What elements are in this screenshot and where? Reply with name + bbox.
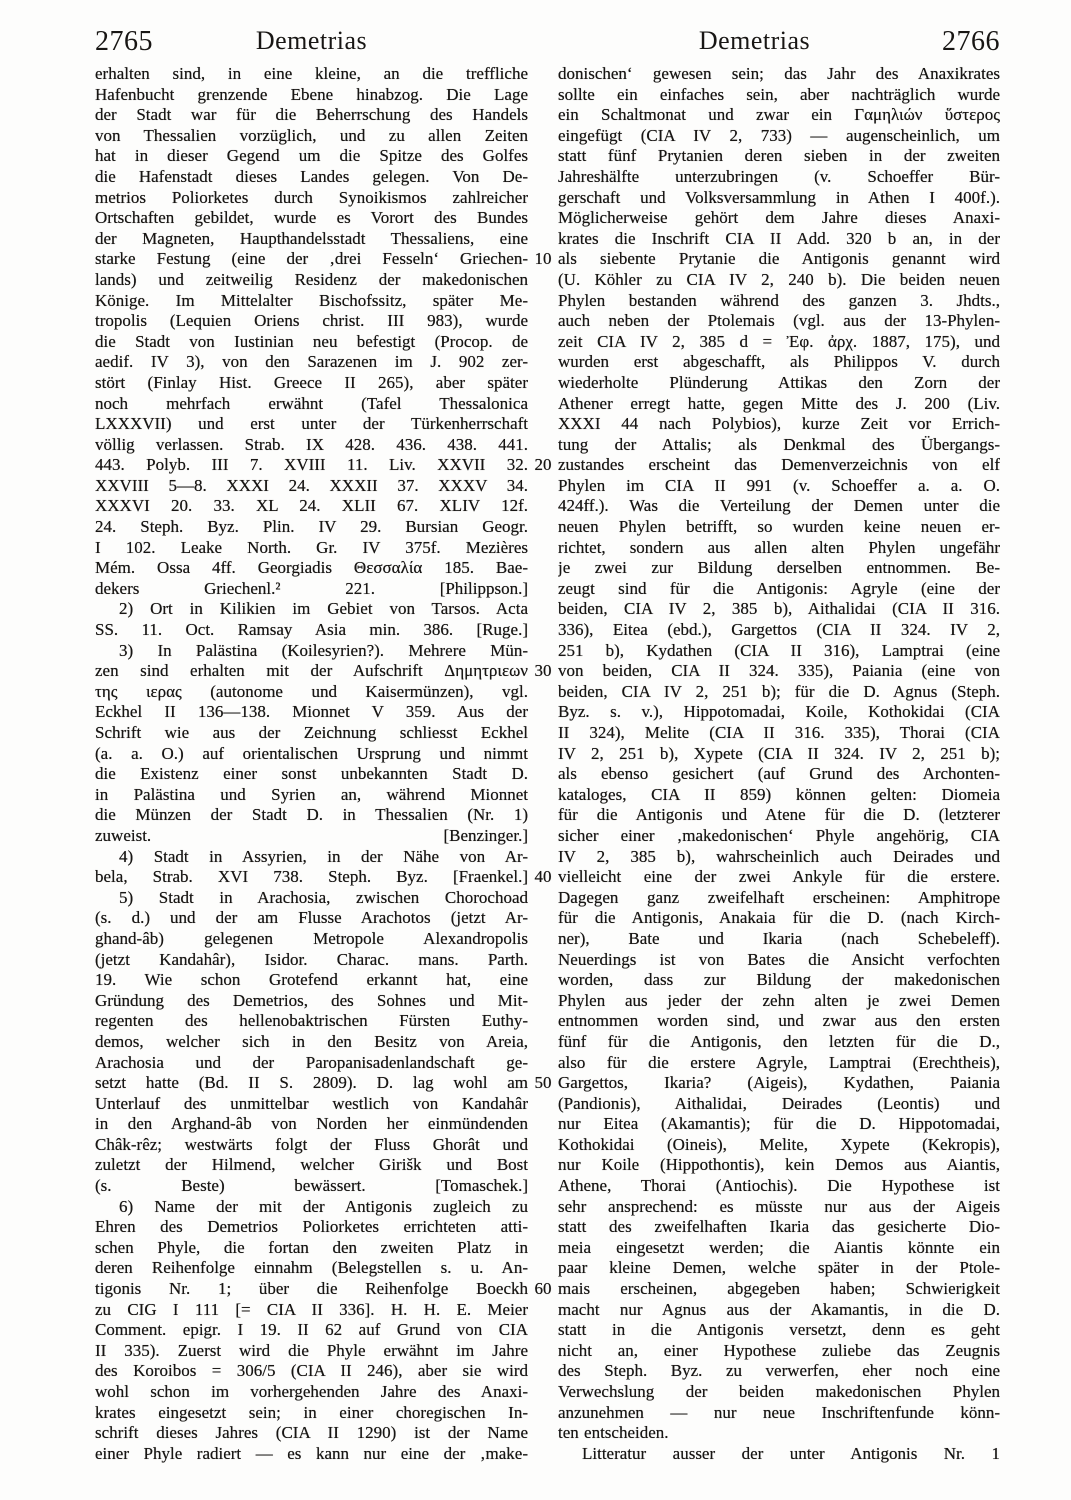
- text-line: II 324), Melite (CIA II 316. 335), Thora…: [558, 723, 1000, 744]
- text-line: Mém. Ossa 4ff. Georgiadis Θεσσαλία 185. …: [95, 558, 528, 579]
- text-line: stört (Finlay Hist. Greece II 265), aber…: [95, 373, 528, 394]
- text-line: (s. d.) und der am Flusse Arachotos (jet…: [95, 908, 528, 929]
- text-line: wurden erst abgeschafft, als Philippos V…: [558, 352, 1000, 373]
- text-line: Schrift wie aus der Zeichnung schliesst …: [95, 723, 528, 744]
- text-line: von beiden, CIA II 324. 335), Paiania (e…: [558, 661, 1000, 682]
- text-line: Phylen im CIA II 991 (v. Schoeffer a. a.…: [558, 476, 1000, 497]
- text-line: wiederholte Plünderung Attikas den Zorn …: [558, 373, 1000, 394]
- text-line: IV 2, 385 b), wahrscheinlich auch Deirad…: [558, 847, 1000, 868]
- text-line: krates die Inschrift CIA II Add. 320 b a…: [558, 229, 1000, 250]
- text-line: Ortschaften gebildet, wurde es Vorort de…: [95, 208, 528, 229]
- text-line: für die Antigonis, Anakaia für die D. (n…: [558, 908, 1000, 929]
- text-line: auch neben der Ptolemais (vgl. aus der 1…: [558, 311, 1000, 332]
- text-line: von Thessalien vorzüglich, und zu allen …: [95, 126, 528, 147]
- text-line: XXXVI 20. 33. XL 24. XLII 67. XLIV 12f.: [95, 496, 528, 517]
- text-line: Könige. Im Mittelalter Bischofssitz, spä…: [95, 291, 528, 312]
- text-line: Eckhel II 136—138. Mionnet V 359. Aus de…: [95, 702, 528, 723]
- text-line: Jahreshälfte unterzubringen (v. Schoeffe…: [558, 167, 1000, 188]
- gutter-line-number: 30: [526, 661, 560, 682]
- gutter-line-number: 60: [526, 1279, 560, 1300]
- text-line: neuen Phylen betrifft, so wurden keine n…: [558, 517, 1000, 538]
- column-right: donischen‘ gewesen sein; das Jahr des An…: [558, 64, 1000, 1464]
- text-line: tigonis Nr. 1; über die Reihenfolge Boec…: [95, 1279, 528, 1300]
- text-line: ghand-âb) gelegenen Metropole Alexandrop…: [95, 929, 528, 950]
- text-line: statt fünf Prytanien deren sieben in der…: [558, 146, 1000, 167]
- text-line: demos, welcher sich in den Besitz von Ar…: [95, 1032, 528, 1053]
- text-line: XXXI 44 nach Polybios), kurze Zeit vor E…: [558, 414, 1000, 435]
- text-line: Comment. epigr. I 19. II 62 auf Grund vo…: [95, 1320, 528, 1341]
- text-line: zen sind erhalten mit der Aufschrift Δημ…: [95, 661, 528, 682]
- text-line: 19. Wie schon Grotefend erkannt hat, ein…: [95, 970, 528, 991]
- text-line: Möglicherweise gehört dem Jahre dieses A…: [558, 208, 1000, 229]
- text-line: Phylen bestanden während des ganzen 3. J…: [558, 291, 1000, 312]
- text-line: krates eingesetzt sein; in einer choregi…: [95, 1403, 528, 1424]
- text-line: Verwechslung der beiden makedonischen Ph…: [558, 1382, 1000, 1403]
- text-line: IV 2, 251 b), Xypete (CIA II 324. IV 2, …: [558, 744, 1000, 765]
- text-line: metrios Poliorketes durch Synoikismos za…: [95, 188, 528, 209]
- text-line: (U. Köhler zu CIA IV 2, 240 b). Die beid…: [558, 270, 1000, 291]
- text-line: sicher einer ‚makedonischen‘ Phyle angeh…: [558, 826, 1000, 847]
- text-line: gerschaft und Volksversammlung in Athen …: [558, 188, 1000, 209]
- text-line: 251 b), Kydathen (CIA II 316), Lamptrai …: [558, 641, 1000, 662]
- text-line: 424ff.). Was die Verteilung der Demen un…: [558, 496, 1000, 517]
- text-line: wohl schon im vorhergehenden Jahre des A…: [95, 1382, 528, 1403]
- text-line: starke Festung (eine der ‚drei Fesseln‘ …: [95, 249, 528, 270]
- text-line: beiden, CIA IV 2, 251 b); für die D. Agn…: [558, 682, 1000, 703]
- text-line: (a. a. O.) auf orientalischen Ursprung u…: [95, 744, 528, 765]
- text-line: vielleicht eine der zwei Ankyle für die …: [558, 867, 1000, 888]
- text-line: als ebenso gesichert (auf Grund des Arch…: [558, 764, 1000, 785]
- text-line: Byz. s. v.), Hippotomadai, Koile, Kothok…: [558, 702, 1000, 723]
- text-line: nur Koile (Hippothontis), kein Demos aus…: [558, 1155, 1000, 1176]
- text-line: I 102. Leake North. Gr. IV 375f. Mezière…: [95, 538, 528, 559]
- text-line: die Münzen der Stadt D. in Thessalien (N…: [95, 805, 528, 826]
- text-line: aedif. IV 3), von den Sarazenen im J. 90…: [95, 352, 528, 373]
- text-line: in Palästina und Syrien an, während Mion…: [95, 785, 528, 806]
- text-line: erhalten sind, in eine kleine, an die tr…: [95, 64, 528, 85]
- text-line: setzt hatte (Bd. II S. 2809). D. lag woh…: [95, 1073, 528, 1094]
- text-line: nicht an, einer Hypothese zuliebe das Ze…: [558, 1341, 1000, 1362]
- text-line: Châk-rêz; westwärts folgt der Fluss Ghor…: [95, 1135, 528, 1156]
- text-line: zuletzt der Hilmend, welcher Girišk und …: [95, 1155, 528, 1176]
- text-line: des Steph. Byz. zu verwerfen, eher noch …: [558, 1361, 1000, 1382]
- text-line: Phylen aus jeder der zehn alten je zwei …: [558, 991, 1000, 1012]
- text-line: sehr ansprechend: es müsste nur aus der …: [558, 1197, 1000, 1218]
- text-line: je zwei zur Bildung derselben entnommen.…: [558, 558, 1000, 579]
- text-line: Athener erregt hatte, gegen Mitte des J.…: [558, 394, 1000, 415]
- text-line: ein Schaltmonat und zwar ein Γαμηλιών ὕσ…: [558, 105, 1000, 126]
- text-line: anzunehmen — nur neue Inschriftenfunde k…: [558, 1403, 1000, 1424]
- text-line: eingefügt (CIA IV 2, 733) — augenscheinl…: [558, 126, 1000, 147]
- text-line: noch mehrfach erwähnt (Tafel Thessalonic…: [95, 394, 528, 415]
- text-line: tropolis (Lequien Oriens christ. III 983…: [95, 311, 528, 332]
- text-line: ten entscheiden.: [558, 1423, 1000, 1444]
- text-line: Litteratur ausser der unter Antigonis Nr…: [558, 1444, 1000, 1465]
- text-line: entnommen worden sind, und zwar aus den …: [558, 1011, 1000, 1032]
- text-line: kataloges, CIA II 859) können gelten: Di…: [558, 785, 1000, 806]
- text-line: mais erscheinen, abgegeben haben; Schwie…: [558, 1279, 1000, 1300]
- text-line: fünf für die Antigonis, den letzten für …: [558, 1032, 1000, 1053]
- text-line: Athene, Thorai (Antiochis). Die Hypothes…: [558, 1176, 1000, 1197]
- text-line: die Stadt von Iustinian neu befestigt (P…: [95, 332, 528, 353]
- text-line: für die Antigonis und Atene für die D. (…: [558, 805, 1000, 826]
- text-line: statt des zweifelhaften Ikaria das gesic…: [558, 1217, 1000, 1238]
- text-line: Dagegen ganz zweifelhaft erscheinen: Amp…: [558, 888, 1000, 909]
- text-line: tung der Attalis; als Denkmal des Überga…: [558, 435, 1000, 456]
- text-line: (Pandionis), Aithalidai, Deirades (Leont…: [558, 1094, 1000, 1115]
- text-line: die Existenz einer sonst unbekannten Sta…: [95, 764, 528, 785]
- text-line: zuweist. [Benzinger.]: [95, 826, 528, 847]
- text-line: SS. 11. Oct. Ramsay Asia min. 386. [Ruge…: [95, 620, 528, 641]
- text-line: schrift dieses Jahres (CIA II 1290) ist …: [95, 1423, 528, 1444]
- text-line: Unterlauf des unmittelbar westlich von K…: [95, 1094, 528, 1115]
- running-head-left: Demetrias: [95, 26, 528, 58]
- text-line: της ιερας (autonome und Kaisermünzen), v…: [95, 682, 528, 703]
- text-line: II 335). Zuerst wird die Phyle erwähnt i…: [95, 1341, 528, 1362]
- text-line: LXXXVII) und erst unter der Türkenherrsc…: [95, 414, 528, 435]
- text-line: einer Phyle radiert — es kann nur eine d…: [95, 1444, 528, 1465]
- text-line: zeugt sind für die Antigonis: Agryle (ei…: [558, 579, 1000, 600]
- text-line: worden, dass zur Bildung der makedonisch…: [558, 970, 1000, 991]
- text-line: lands) und zeitweilig Residenz der maked…: [95, 270, 528, 291]
- text-line: 443. Polyb. III 7. XVIII 11. Liv. XXVII …: [95, 455, 528, 476]
- text-line: Hafenbucht grenzende Ebene hinabzog. Die…: [95, 85, 528, 106]
- text-line: also für die erstere Agryle, Lamptrai (E…: [558, 1053, 1000, 1074]
- text-line: deren Reihenfolge einnahm (Belegstellen …: [95, 1258, 528, 1279]
- page-number-right: 2766: [558, 26, 1000, 58]
- text-line: Gargettos, Ikaria? (Aigeis), Kydathen, P…: [558, 1073, 1000, 1094]
- text-line: Neuerdings ist von Bates die Ansicht ver…: [558, 950, 1000, 971]
- text-line: hat in dieser Gegend um die Spitze des G…: [95, 146, 528, 167]
- text-line: donischen‘ gewesen sein; das Jahr des An…: [558, 64, 1000, 85]
- text-line: dekers Griechenl.² 221. [Philippson.]: [95, 579, 528, 600]
- text-line: (jetzt Kandahâr), Isidor. Charac. mans. …: [95, 950, 528, 971]
- text-line: als siebente Prytanie die Antigonis gena…: [558, 249, 1000, 270]
- text-line: sollte ein einfaches sein, aber nachträg…: [558, 85, 1000, 106]
- text-line: ner), Bate und Ikaria (nach Schebeleff).: [558, 929, 1000, 950]
- text-line: beiden, CIA IV 2, 385 b), Aithalidai (CI…: [558, 599, 1000, 620]
- text-line: 24. Steph. Byz. Plin. IV 29. Bursian Geo…: [95, 517, 528, 538]
- text-line: zu CIG I 111 [= CIA II 336]. H. H. E. Me…: [95, 1300, 528, 1321]
- text-line: Ehren des Demetrios Poliorketes errichte…: [95, 1217, 528, 1238]
- text-line: nur Eitea (Akamantis); für die D. Hippot…: [558, 1114, 1000, 1135]
- text-line: 4) Stadt in Assyrien, in der Nähe von Ar…: [95, 847, 528, 868]
- text-line: meia eingesetzt werden; die Aiantis könn…: [558, 1238, 1000, 1259]
- text-line: richtet, sondern aus allen alten Phylen …: [558, 538, 1000, 559]
- text-line: statt in die Antigonis versetzt, denn es…: [558, 1320, 1000, 1341]
- text-line: XXVIII 5—8. XXXI 24. XXXII 37. XXXV 34.: [95, 476, 528, 497]
- gutter-line-number: 20: [526, 455, 560, 476]
- text-line: 3) In Palästina (Koilesyrien?). Mehrere …: [95, 641, 528, 662]
- text-line: 5) Stadt in Arachosia, zwischen Chorocho…: [95, 888, 528, 909]
- scanned-encyclopedia-page: 2765 Demetrias Demetrias 2766 erhalten s…: [0, 0, 1071, 1500]
- text-line: Gründung des Demetrios, des Sohnes und M…: [95, 991, 528, 1012]
- text-line: die Hafenstadt dieses Landes gelegen. Vo…: [95, 167, 528, 188]
- text-line: der Magneten, Haupthandelsstadt Thessali…: [95, 229, 528, 250]
- text-line: des Koroibos = 306/5 (CIA II 246), aber …: [95, 1361, 528, 1382]
- text-line: (s. Beste) bewässert. [Tomaschek.]: [95, 1176, 528, 1197]
- text-line: schen Phyle, die fortan den zweiten Plat…: [95, 1238, 528, 1259]
- gutter-line-number: 40: [526, 867, 560, 888]
- text-line: zustandes erscheint das Demenverzeichnis…: [558, 455, 1000, 476]
- text-line: 336), Eitea (ebd.), Gargettos (CIA II 32…: [558, 620, 1000, 641]
- gutter-line-number: 50: [526, 1073, 560, 1094]
- text-line: bela, Strab. XVI 738. Steph. Byz. [Fraen…: [95, 867, 528, 888]
- text-line: 6) Name der mit der Antigonis zugleich z…: [95, 1197, 528, 1218]
- text-line: Arachosia und der Paropanisadenlandschaf…: [95, 1053, 528, 1074]
- text-line: zeit CIA IV 2, 385 d = Ἐφ. ἀρχ. 1887, 17…: [558, 332, 1000, 353]
- column-left: erhalten sind, in eine kleine, an die tr…: [95, 64, 528, 1464]
- text-line: Kothokidai (Oineis), Melite, Xypete (Kek…: [558, 1135, 1000, 1156]
- text-line: völlig verlassen. Strab. IX 428. 436. 43…: [95, 435, 528, 456]
- text-line: in den Arghand-âb von Norden her einmünd…: [95, 1114, 528, 1135]
- text-line: paar kleine Demen, welche später in der …: [558, 1258, 1000, 1279]
- text-line: regenten des hellenobaktrischen Fürsten …: [95, 1011, 528, 1032]
- text-line: der Stadt war für die Beherrschung des H…: [95, 105, 528, 126]
- text-line: macht nur Agnus aus der Akamantis, in di…: [558, 1300, 1000, 1321]
- text-line: 2) Ort in Kilikien im Gebiet von Tarsos.…: [95, 599, 528, 620]
- gutter-line-number: 10: [526, 249, 560, 270]
